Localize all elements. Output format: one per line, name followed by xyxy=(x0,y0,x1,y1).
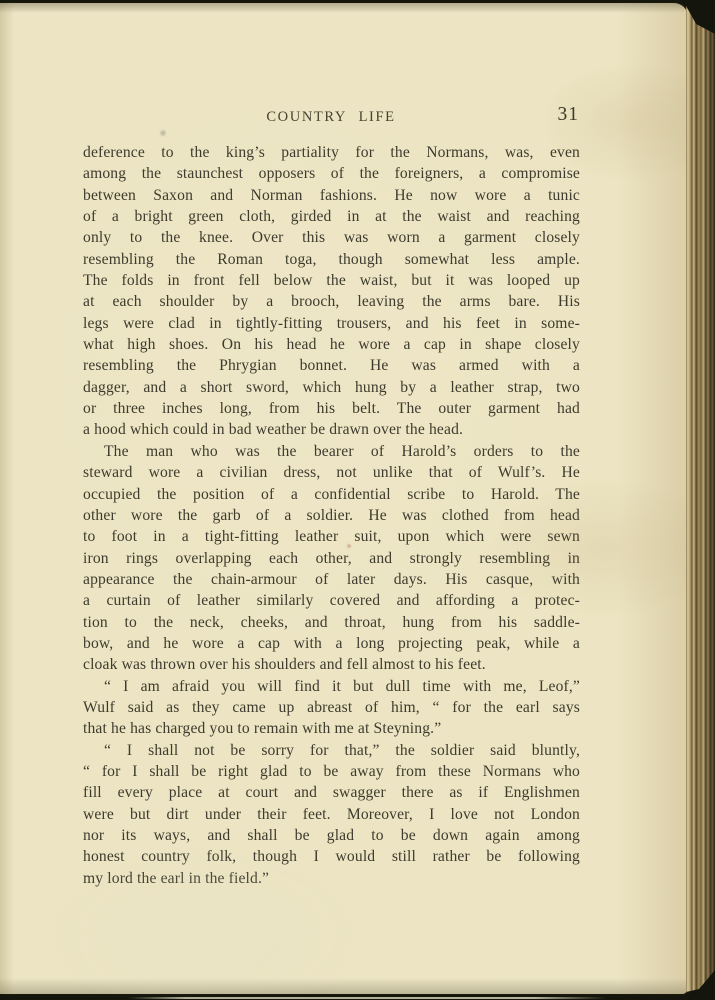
page-text: deference to the king’s partiality for t… xyxy=(83,142,580,889)
text-line: a hood which could in bad weather be dra… xyxy=(83,419,580,440)
paragraph: deference to the king’s partiality for t… xyxy=(83,142,580,441)
text-line: “ for I shall be right glad to be away f… xyxy=(83,761,580,782)
text-line: to foot in a tight-fitting leather suit,… xyxy=(83,526,580,547)
text-line: occupied the position of a confidential … xyxy=(83,484,580,505)
text-line: nor its ways, and shall be glad to be do… xyxy=(83,825,580,846)
text-line: honest country folk, though I would stil… xyxy=(83,846,580,867)
text-line: among the staunchest opposers of the for… xyxy=(83,163,580,184)
text-line: deference to the king’s partiality for t… xyxy=(83,142,580,163)
text-line: fill every place at court and swagger th… xyxy=(83,782,580,803)
text-line: at each shoulder by a brooch, leaving th… xyxy=(83,291,580,312)
text-line: my lord the earl in the field.” xyxy=(83,868,580,889)
running-title: COUNTRY LIFE xyxy=(266,109,395,126)
text-line: of a bright green cloth, girded in at th… xyxy=(83,206,580,227)
page-number: 31 xyxy=(558,104,580,126)
text-line: that he has charged you to remain with m… xyxy=(83,718,580,739)
running-header: COUNTRY LIFE 31 xyxy=(82,106,580,130)
text-line: steward wore a civilian dress, not unlik… xyxy=(83,462,580,483)
text-line: between Saxon and Norman fashions. He no… xyxy=(83,185,580,206)
text-line: dagger, and a short sword, which hung by… xyxy=(83,377,580,398)
text-line: Wulf said as they came up abreast of him… xyxy=(83,697,580,718)
paragraph: “ I am afraid you will find it but dull … xyxy=(83,676,580,740)
text-line: resembling the Phrygian bonnet. He was a… xyxy=(83,355,580,376)
text-line: or three inches long, from his belt. The… xyxy=(83,398,580,419)
text-line: a curtain of leather similarly covered a… xyxy=(83,590,580,611)
paragraph: The man who was the bearer of Harold’s o… xyxy=(83,441,580,676)
book-page: COUNTRY LIFE 31 deference to the king’s … xyxy=(0,3,688,994)
text-line: The man who was the bearer of Harold’s o… xyxy=(83,441,580,462)
text-line: appearance the chain-armour of later day… xyxy=(83,569,580,590)
text-line: were but dirt under their feet. Moreover… xyxy=(83,804,580,825)
text-line: other wore the garb of a soldier. He was… xyxy=(83,505,580,526)
text-line: cloak was thrown over his shoulders and … xyxy=(83,654,580,675)
text-line: bow, and he wore a cap with a long proje… xyxy=(83,633,580,654)
book-fore-edge xyxy=(686,0,715,1000)
paragraph: “ I shall not be sorry for that,” the so… xyxy=(83,740,580,889)
text-line: “ I am afraid you will find it but dull … xyxy=(83,676,580,697)
text-line: resembling the Roman toga, though somewh… xyxy=(83,249,580,270)
text-line: legs were clad in tightly-fitting trouse… xyxy=(83,313,580,334)
book-bottom-edge xyxy=(128,997,606,999)
text-line: only to the knee. Over this was worn a g… xyxy=(83,227,580,248)
text-line: The folds in front fell below the waist,… xyxy=(83,270,580,291)
text-line: what high shoes. On his head he wore a c… xyxy=(83,334,580,355)
text-line: “ I shall not be sorry for that,” the so… xyxy=(83,740,580,761)
text-line: iron rings overlapping each other, and s… xyxy=(83,548,580,569)
text-line: tion to the neck, cheeks, and throat, hu… xyxy=(83,612,580,633)
